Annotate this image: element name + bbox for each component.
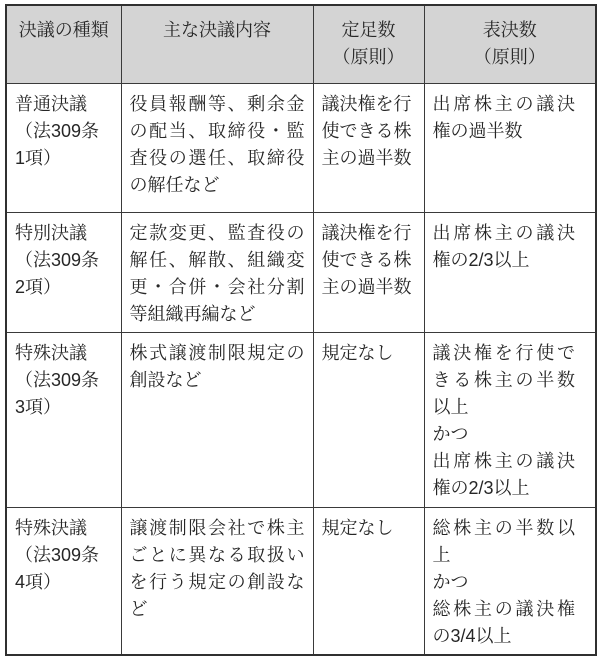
cell-resolution-type: 特殊決議 （法309条 4項） (6, 507, 121, 655)
header-row: 決議の種類 主な決議内容 定足数 （原則） 表決数 （原則） (6, 5, 596, 83)
table-row-special-resolution: 特別決議 （法309条 2項） 定款変更、監査役の解任、解散、組織変更・合併・会… (6, 212, 596, 332)
cell-vote-count: 出席株主の議決権の過半数 (424, 83, 596, 212)
cell-quorum: 規定なし (313, 332, 424, 507)
table-row-extraordinary-resolution-3: 特殊決議 （法309条 3項） 株式譲渡制限規定の創設など 規定なし 議決権を行… (6, 332, 596, 507)
cell-vote-count: 総株主の半数以上 かつ 総株主の議決権の3/4以上 (424, 507, 596, 655)
resolution-table: 決議の種類 主な決議内容 定足数 （原則） 表決数 （原則） 普通決議 （法30… (5, 4, 597, 656)
cell-quorum: 規定なし (313, 507, 424, 655)
page: 決議の種類 主な決議内容 定足数 （原則） 表決数 （原則） 普通決議 （法30… (0, 0, 600, 660)
cell-resolution-content: 譲渡制限会社で株主ごとに異なる取扱いを行う規定の創設など (121, 507, 313, 655)
cell-resolution-type: 特殊決議 （法309条 3項） (6, 332, 121, 507)
header-vote-count: 表決数 （原則） (424, 5, 596, 83)
cell-resolution-content: 定款変更、監査役の解任、解散、組織変更・合併・会社分割等組織再編など (121, 212, 313, 332)
header-resolution-type: 決議の種類 (6, 5, 121, 83)
header-quorum: 定足数 （原則） (313, 5, 424, 83)
cell-resolution-type: 特別決議 （法309条 2項） (6, 212, 121, 332)
cell-vote-count: 議決権を行使できる株主の半数以上 かつ 出席株主の議決権の2/3以上 (424, 332, 596, 507)
cell-quorum: 議決権を行使できる株主の過半数 (313, 212, 424, 332)
cell-vote-count: 出席株主の議決権の2/3以上 (424, 212, 596, 332)
table-row-ordinary-resolution: 普通決議 （法309条 1項） 役員報酬等、剰余金の配当、取締役・監査役の選任、… (6, 83, 596, 212)
header-resolution-content: 主な決議内容 (121, 5, 313, 83)
cell-resolution-content: 株式譲渡制限規定の創設など (121, 332, 313, 507)
cell-resolution-content: 役員報酬等、剰余金の配当、取締役・監査役の選任、取締役の解任など (121, 83, 313, 212)
table-row-extraordinary-resolution-4: 特殊決議 （法309条 4項） 譲渡制限会社で株主ごとに異なる取扱いを行う規定の… (6, 507, 596, 655)
cell-quorum: 議決権を行使できる株主の過半数 (313, 83, 424, 212)
cell-resolution-type: 普通決議 （法309条 1項） (6, 83, 121, 212)
